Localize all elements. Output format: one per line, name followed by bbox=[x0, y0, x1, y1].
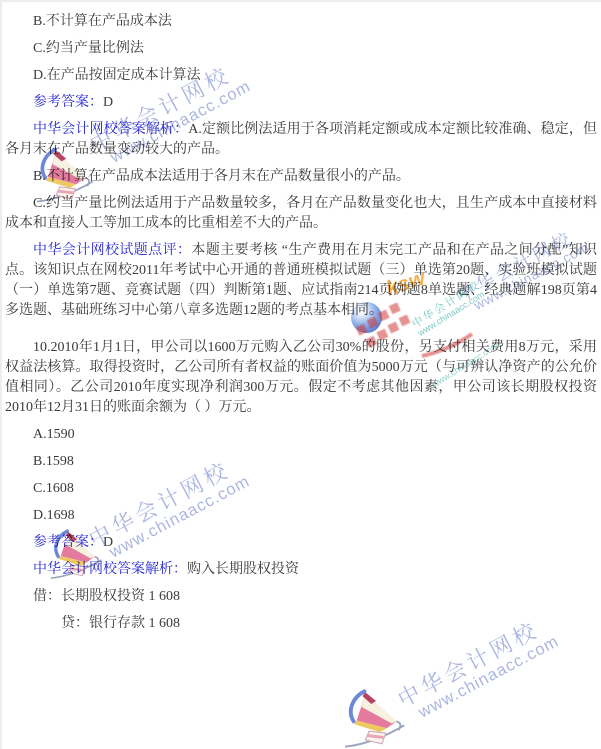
question-option: D.在产品按固定成本计算法 bbox=[5, 66, 597, 86]
analysis-text: C.约当产量比例法适用于产品数量较多，各月在产品数量变化也大，且生产成本中直接材… bbox=[5, 194, 597, 234]
analysis-text: B.不计算在产品成本法适用于各月末在产品数量很小的产品。 bbox=[5, 167, 597, 187]
section-label: 中华会计网校试题点评： bbox=[33, 243, 191, 258]
answer-label: 参考答案： bbox=[33, 95, 103, 110]
reference-answer-line: 参考答案：D bbox=[5, 533, 597, 553]
answer-analysis: 中华会计网校答案解析：A.定额比例法适用于各项消耗定额或成本定额比较准确、稳定，… bbox=[5, 120, 597, 160]
trumpet-logo-icon bbox=[344, 688, 412, 749]
answer-analysis: 中华会计网校答案解析：购入长期股权投资 bbox=[5, 560, 597, 580]
reference-answer-line: 参考答案：D bbox=[5, 93, 597, 113]
journal-entry-credit: 贷：银行存款 1 608 bbox=[5, 614, 597, 634]
question-option: C.约当产量比例法 bbox=[5, 39, 597, 59]
question-review: 中华会计网校试题点评：本题主要考核 “生产费用在月末完工产品和在产品之间分配”知… bbox=[5, 241, 597, 321]
journal-entry-debit: 借：长期股权投资 1 608 bbox=[5, 587, 597, 607]
question-option: A.1590 bbox=[5, 425, 597, 445]
analysis-text: 购入长期股权投资 bbox=[187, 562, 299, 577]
question-option: D.1698 bbox=[5, 506, 597, 526]
question-content: B.不计算在产品成本法 C.约当产量比例法 D.在产品按固定成本计算法 参考答案… bbox=[2, 2, 601, 634]
answer-label: 参考答案： bbox=[33, 535, 103, 550]
answer-value: D bbox=[103, 535, 113, 550]
section-label: 中华会计网校答案解析： bbox=[33, 562, 187, 577]
question-option: B.不计算在产品成本法 bbox=[5, 12, 597, 32]
answer-value: D bbox=[103, 95, 113, 110]
question-text: 10.2010年1月1日，甲公司以1600万元购入乙公司30%的股份，另支付相关… bbox=[5, 338, 597, 418]
question-option: B.1598 bbox=[5, 452, 597, 472]
question-option: C.1608 bbox=[5, 479, 597, 499]
brand-watermark-url: www.chinaacc.com bbox=[405, 633, 562, 728]
section-label: 中华会计网校答案解析： bbox=[33, 122, 188, 137]
document-page: B.不计算在产品成本法 C.约当产量比例法 D.在产品按固定成本计算法 参考答案… bbox=[0, 0, 601, 749]
